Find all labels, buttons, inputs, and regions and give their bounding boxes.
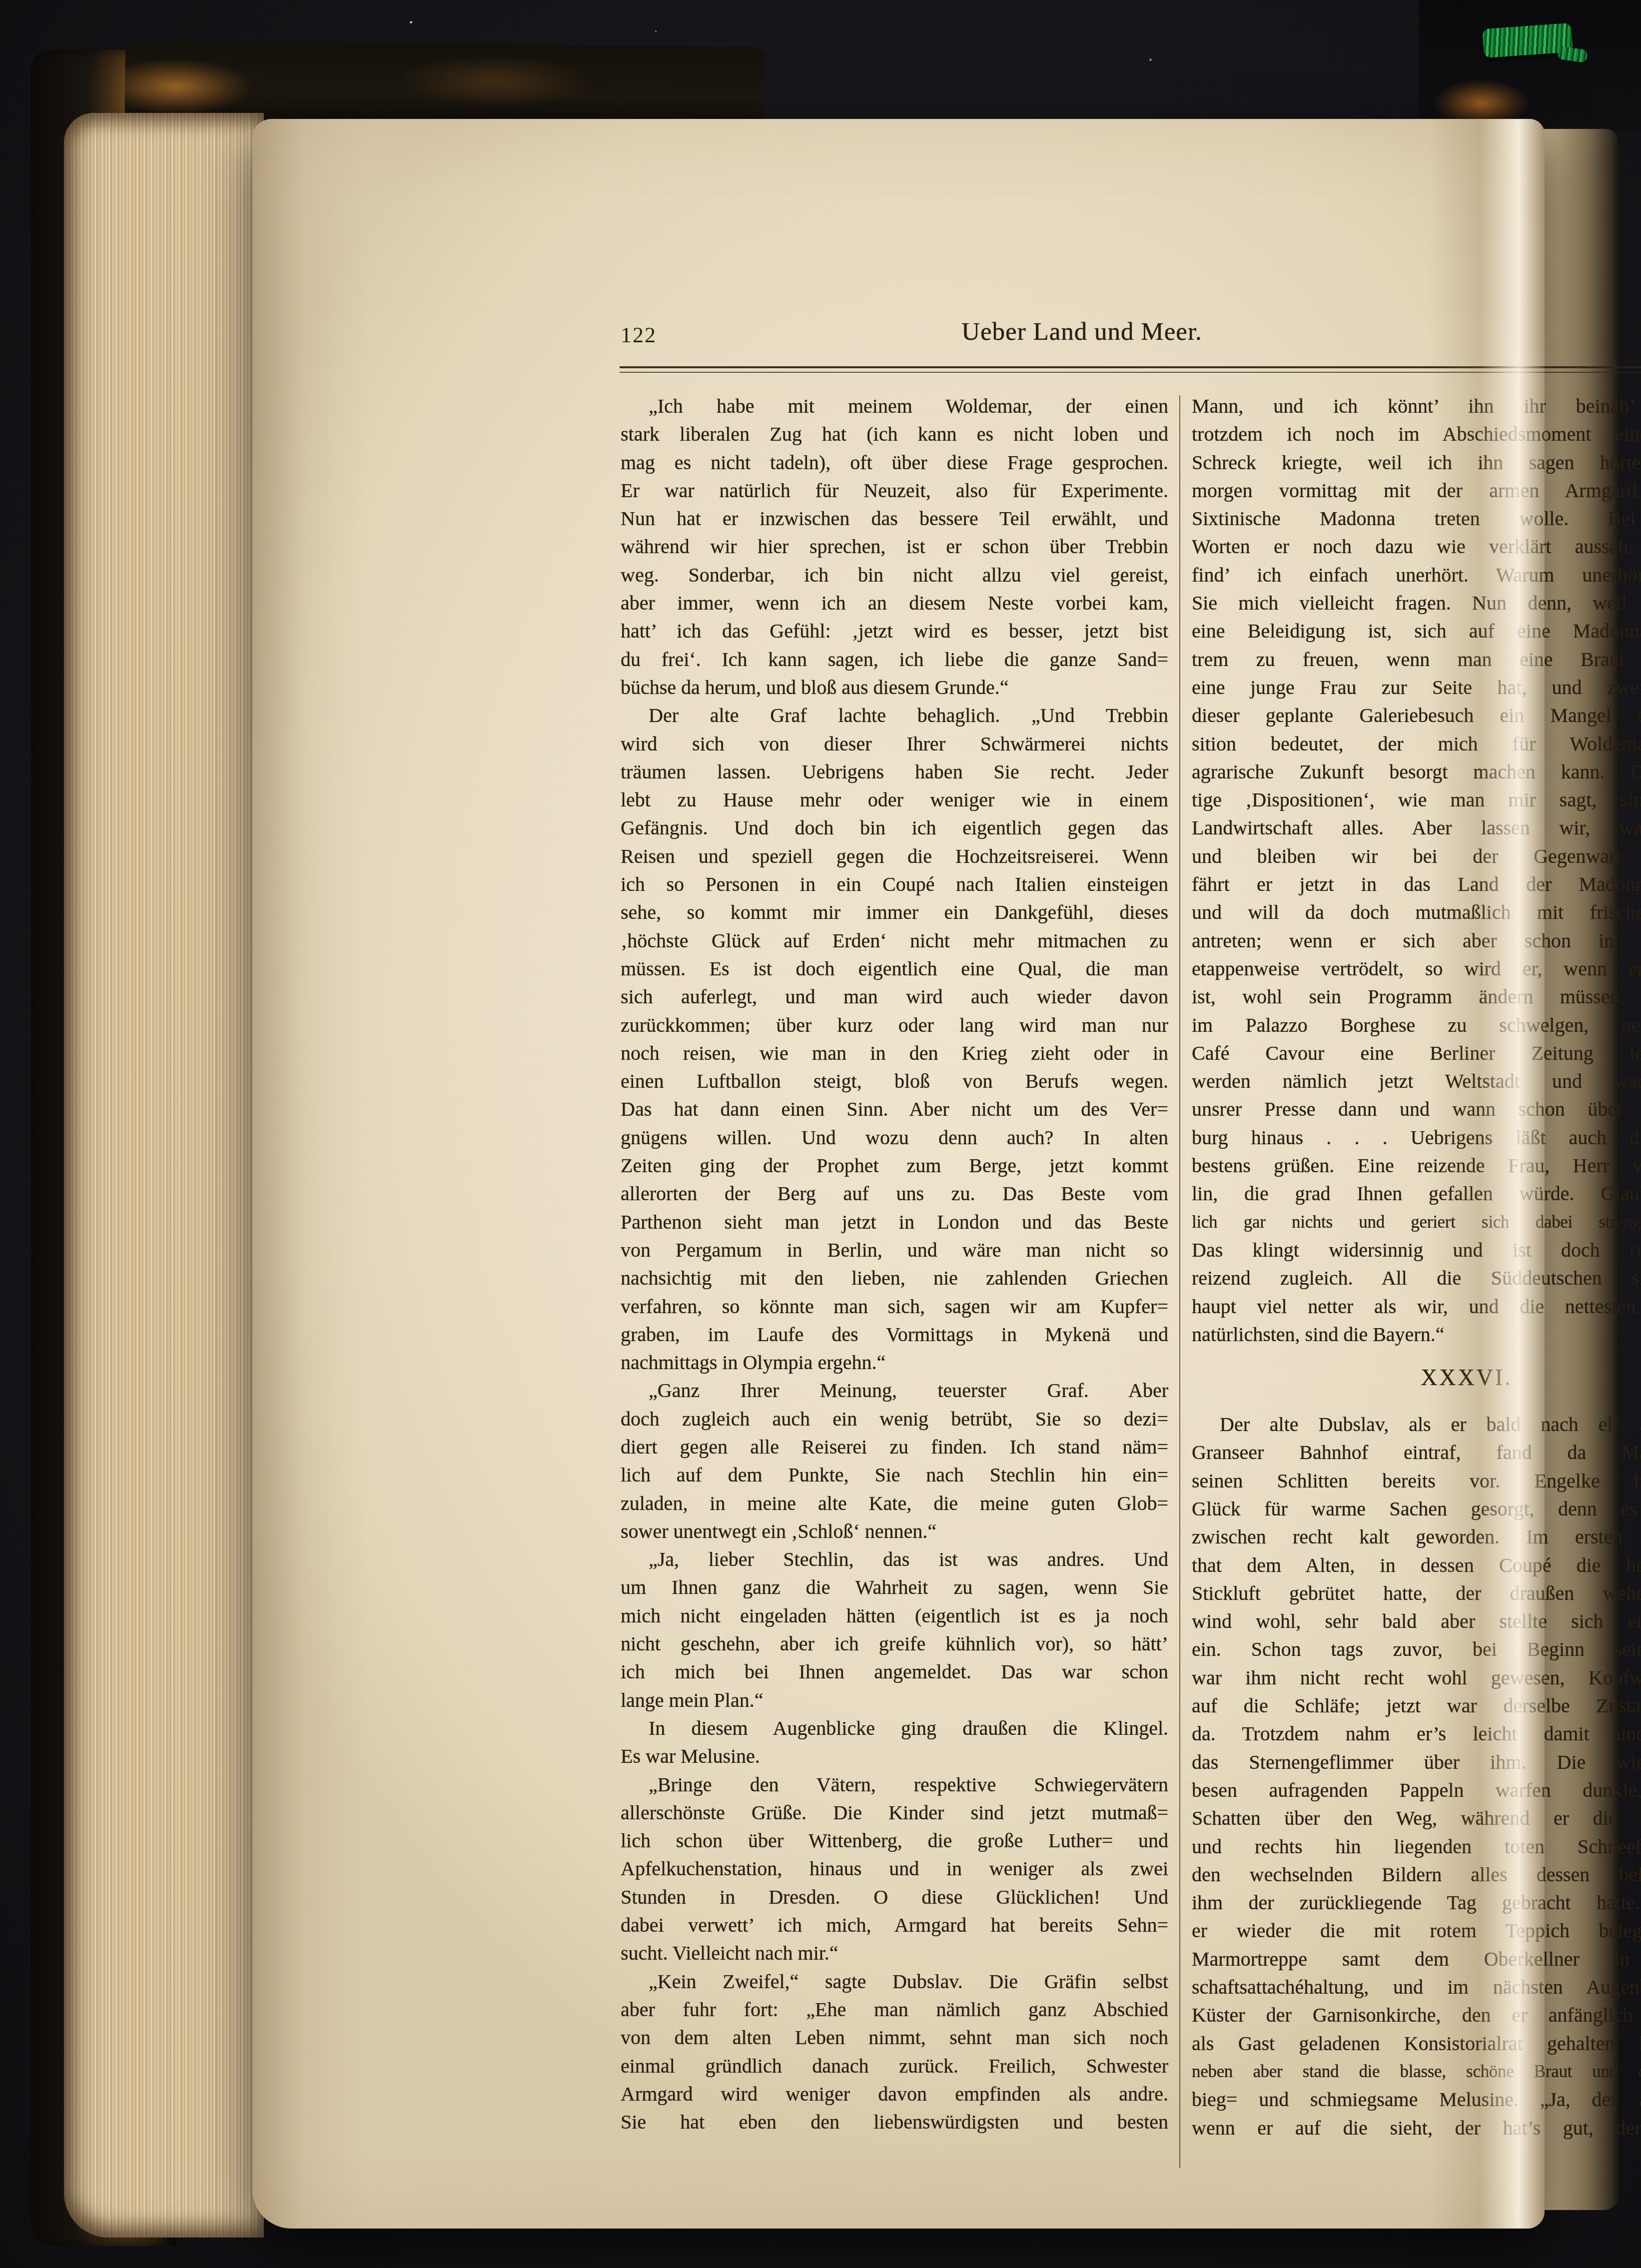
text-line: zuladen, in meine alte Kate, die meine g…: [621, 1490, 1168, 1517]
text-line: einen Luftballon steigt, bloß von Berufs…: [621, 1067, 1168, 1095]
journal-title: Ueber Land und Meer.: [772, 317, 1392, 346]
text-line: du frei‘. Ich kann sagen, ich liebe die …: [621, 646, 1168, 674]
text-line: mich nicht eingeladen hätten (eigentlich…: [621, 1602, 1168, 1630]
text-line: den wechselnden Bildern alles dessen bel…: [1192, 1861, 1641, 1889]
text-line: Nun hat er inzwischen das bessere Teil e…: [621, 505, 1168, 533]
text-line: noch reisen, wie man in den Krieg zieht …: [621, 1039, 1168, 1067]
text-line: In diesem Augenblicke ging draußen die K…: [621, 1714, 1168, 1742]
text-line: träumen lassen. Uebrigens haben Sie rech…: [621, 758, 1168, 786]
text-line: bieg= und schmiegsame Melusine. „Ja, der…: [1192, 2086, 1641, 2114]
text-line: antreten; wenn er sich aber schon in Deu…: [1192, 927, 1641, 955]
text-column-right: Mann, und ich könnt’ ihn ihr beinah’ ben…: [1192, 392, 1641, 2142]
text-line: Zeiten ging der Prophet zum Berge, jetzt…: [621, 1152, 1168, 1180]
text-line: „Ja, lieber Stechlin, das ist was andres…: [621, 1545, 1168, 1573]
text-line: Reisen und speziell gegen die Hochzeitsr…: [621, 842, 1168, 870]
text-line: als Gast geladenen Konsistorialrat gehal…: [1192, 2030, 1641, 2058]
text-line: war ihm nicht recht wohl gewesen, Kopfwe…: [1192, 1664, 1641, 1692]
text-line: burg hinaus . . . Uebrigens läßt auch di…: [1192, 1124, 1641, 1152]
text-line: seinen Schlitten bereits vor. Engelke ha…: [1192, 1467, 1641, 1495]
text-line: schaftsattachéhaltung, und im nächsten A…: [1192, 1973, 1641, 2001]
text-line: da. Trotzdem nahm er’s leicht damit und …: [1192, 1720, 1641, 1748]
text-line: auf die Schläfe; jetzt war derselbe Zust…: [1192, 1692, 1641, 1720]
text-line: zwischen recht kalt geworden. Im ersten …: [1192, 1523, 1641, 1551]
book-page: 122 Ueber Land und Meer. „Ich habe mit m…: [252, 119, 1545, 2229]
text-line: lin, die grad Ihnen gefallen würde. Glau…: [1192, 1180, 1641, 1208]
text-line: aber immer, wenn ich an diesem Neste vor…: [621, 589, 1168, 617]
text-line: ich mich bei Ihnen angemeldet. Das war s…: [621, 1658, 1168, 1686]
text-line: hatt’ ich das Gefühl: ‚jetzt wird es bes…: [621, 617, 1168, 645]
text-line: Landwirtschaft alles. Aber lassen wir, w…: [1192, 814, 1641, 842]
text-line: ist, wohl sein Programm ändern müssen, u…: [1192, 983, 1641, 1011]
text-line: das Sternengeflimmer über ihm. Die wie R…: [1192, 1748, 1641, 1776]
text-line: nachsichtig mit den lieben, nie zahlende…: [621, 1264, 1168, 1292]
text-line: gnügens willen. Und wozu denn auch? In a…: [621, 1124, 1168, 1152]
text-line: Der alte Dubslav, als er bald nach elf a…: [1192, 1411, 1641, 1439]
text-line: ein. Schon tags zuvor, bei Beginn seiner…: [1192, 1635, 1641, 1663]
page-number: 122: [621, 322, 657, 348]
text-line: graben, im Laufe des Vormittags in Myken…: [621, 1321, 1168, 1349]
text-line: trem zu freuen, wenn man eine Braut oder…: [1192, 646, 1641, 674]
text-line: von dem alten Leben nimmt, sehnt man sic…: [621, 2024, 1168, 2052]
text-line: trotzdem ich noch im Abschiedsmoment ein…: [1192, 420, 1641, 448]
text-line: lich schon über Wittenberg, die große Lu…: [621, 1827, 1168, 1855]
dust-specks: [410, 21, 412, 23]
text-line: fährt er jetzt in das Land der Madonnen …: [1192, 870, 1641, 898]
text-line: sition bedeutet, der mich für Woldemars …: [1192, 730, 1641, 758]
text-line: Parthenon sieht man jetzt in London und …: [621, 1208, 1168, 1236]
text-line: ich so Personen in ein Coupé nach Italie…: [621, 870, 1168, 898]
printed-text-area: 122 Ueber Land und Meer. „Ich habe mit m…: [620, 316, 1641, 2195]
text-line: allerorten der Berg auf uns zu. Das Best…: [621, 1180, 1168, 1208]
text-line: find’ ich einfach unerhört. Warum unerhö…: [1192, 561, 1641, 589]
text-line: verfahren, so könnte man sich, sagen wir…: [621, 1293, 1168, 1321]
text-line: ihm der zurückliegende Tag gebracht hatt…: [1192, 1889, 1641, 1917]
text-line: stark liberalen Zug hat (ich kann es nic…: [621, 420, 1168, 448]
text-line: Marmortreppe samt dem Oberkellner in Ges…: [1192, 1945, 1641, 1973]
text-line: „Bringe den Vätern, respektive Schwieger…: [621, 1771, 1168, 1799]
text-block-after-heading: Der alte Dubslav, als er bald nach elf a…: [1192, 1411, 1641, 2142]
text-line: nicht geschehn, aber ich greife kühnlich…: [621, 1630, 1168, 1658]
text-line: ‚höchste Glück auf Erden‘ nicht mehr mit…: [621, 927, 1168, 955]
book-cover-top-right-corner: [1419, 0, 1641, 132]
text-line: besen aufragenden Pappeln warfen dunkle,…: [1192, 1776, 1641, 1804]
text-line: von Pergamum in Berlin, und wäre man nic…: [621, 1236, 1168, 1264]
text-line: einmal gründlich danach zurück. Freilich…: [621, 2052, 1168, 2080]
text-line: Armgard wird weniger davon empfinden als…: [621, 2080, 1168, 2108]
text-line: Er war natürlich für Neuzeit, also für E…: [621, 477, 1168, 505]
page-fore-edge-stack: [64, 113, 264, 2238]
text-line: aber fuhr fort: „Ehe man nämlich ganz Ab…: [621, 1996, 1168, 2024]
text-line: etappenweise vertrödelt, so wird er, wen…: [1192, 955, 1641, 983]
text-line: haupt viel netter als wir, und die nette…: [1192, 1293, 1641, 1321]
text-line: er wieder die mit rotem Teppich belegte …: [1192, 1917, 1641, 1945]
text-line: sehe, so kommt mir immer ein Dankgefühl,…: [621, 898, 1168, 926]
text-line: wird sich von dieser Ihrer Schwärmerei n…: [621, 730, 1168, 758]
text-line: bestens grüßen. Eine reizende Frau, Herr…: [1192, 1152, 1641, 1180]
text-line: unsrer Presse dann und wann schon über C…: [1192, 1095, 1641, 1123]
text-line: „Kein Zweifel,“ sagte Dubslav. Die Gräfi…: [621, 1968, 1168, 1996]
text-line: Sie mich vielleicht fragen. Nun denn, we…: [1192, 589, 1641, 617]
column-divider-rule: [1179, 395, 1180, 2168]
text-line: mag es nicht tadeln), oft über diese Fra…: [621, 449, 1168, 477]
text-line: „Ganz Ihrer Meinung, teuerster Graf. Abe…: [621, 1377, 1168, 1405]
text-line: Worten er noch dazu wie verklärt aussah.…: [1192, 533, 1641, 561]
text-line: lebt zu Hause mehr oder weniger wie in e…: [621, 786, 1168, 814]
text-line: nachmittags in Olympia ergehn.“: [621, 1349, 1168, 1377]
text-line: dieser geplante Galeriebesuch ein Mangel…: [1192, 702, 1641, 730]
text-line: Granseer Bahnhof eintraf, fand da Martin…: [1192, 1439, 1641, 1467]
text-block-before-heading: Mann, und ich könnt’ ihn ihr beinah’ ben…: [1192, 392, 1641, 1349]
text-line: natürlichsten, sind die Bayern.“: [1192, 1321, 1641, 1349]
text-line: neben aber stand die blasse, schöne Brau…: [1192, 2058, 1641, 2086]
text-line: und will da doch mutmaßlich mit frischen…: [1192, 898, 1641, 926]
text-line: müssen. Es ist doch eigentlich eine Qual…: [621, 955, 1168, 983]
text-line: lich gar nichts und geriert sich dabei s…: [1192, 1208, 1641, 1236]
text-line: Sie hat eben den liebenswürdigsten und b…: [621, 2108, 1168, 2136]
text-line: Mann, und ich könnt’ ihn ihr beinah’ ben…: [1192, 392, 1641, 420]
text-line: Sixtinische Madonna treten wolle. Bei we…: [1192, 505, 1641, 533]
text-line: büchse da herum, und bloß aus diesem Gru…: [621, 674, 1168, 702]
text-line: eine Beleidigung ist, sich auf eine Mado…: [1192, 617, 1641, 645]
text-line: agrarische Zukunft besorgt machen kann. …: [1192, 758, 1641, 786]
text-line: lich auf dem Punkte, Sie nach Stechlin h…: [621, 1461, 1168, 1489]
text-line: während wir hier sprechen, ist er schon …: [621, 533, 1168, 561]
header-double-rule: [620, 366, 1641, 373]
text-line: eine junge Frau zur Seite hat, und zweit…: [1192, 674, 1641, 702]
text-line: tige ‚Dispositionen‘, wie man mir sagt, …: [1192, 786, 1641, 814]
text-line: Es war Melusine.: [621, 1742, 1168, 1770]
text-line: wind wohl, sehr bald aber stellte sich e…: [1192, 1607, 1641, 1635]
chapter-heading: XXXVI.: [1192, 1364, 1641, 1392]
text-line: allerschönste Grüße. Die Kinder sind jet…: [621, 1799, 1168, 1827]
text-line: Café Cavour eine Berliner Zeitung lesen.…: [1192, 1039, 1641, 1067]
text-line: wenn er auf die sieht, der hat’s gut, de…: [1192, 2114, 1641, 2142]
text-line: Glück für warme Sachen gesorgt, denn es …: [1192, 1495, 1641, 1523]
text-line: Stickluft gebrütet hatte, der draußen we…: [1192, 1579, 1641, 1607]
text-line: morgen vormittag mit der armen Armgard v…: [1192, 477, 1641, 505]
text-line: doch zugleich auch ein wenig betrübt, Si…: [621, 1405, 1168, 1433]
text-line: Stunden in Dresden. O diese Glücklichen!…: [621, 1883, 1168, 1911]
text-line: reizend zugleich. All die Süddeutschen s…: [1192, 1264, 1641, 1292]
text-line: dabei verwett’ ich mich, Armgard hat ber…: [621, 1911, 1168, 1939]
text-line: that dem Alten, in dessen Coupé die herk…: [1192, 1551, 1641, 1579]
text-column-left: „Ich habe mit meinem Woldemar, der einen…: [621, 392, 1168, 2136]
text-line: Schatten über den Weg, während er die na…: [1192, 1804, 1641, 1832]
text-line: zurückkommen; über kurz oder lang wird m…: [621, 1011, 1168, 1039]
text-line: sower unentwegt ein ‚Schloß‘ nennen.“: [621, 1517, 1168, 1545]
text-line: werden nämlich jetzt Weltstadt und wachs…: [1192, 1067, 1641, 1095]
text-line: Küster der Garnisonkirche, den er anfäng…: [1192, 2001, 1641, 2029]
text-line: und bleiben wir bei der Gegenwart. Jeden…: [1192, 842, 1641, 870]
text-line: weg. Sonderbar, ich bin nicht allzu viel…: [621, 561, 1168, 589]
book-photo: 122 Ueber Land und Meer. „Ich habe mit m…: [0, 0, 1641, 2268]
text-line: sucht. Vielleicht nach mir.“: [621, 1939, 1168, 1967]
text-line: und rechts hin liegenden toten Schneefel…: [1192, 1833, 1641, 1861]
text-line: um Ihnen ganz die Wahrheit zu sagen, wen…: [621, 1573, 1168, 1601]
text-line: sich auferlegt, und man wird auch wieder…: [621, 983, 1168, 1011]
text-line: lange mein Plan.“: [621, 1686, 1168, 1714]
text-line: im Palazzo Borghese zu schwelgen, nebena…: [1192, 1011, 1641, 1039]
text-line: Das klingt widersinnig und ist doch rich…: [1192, 1236, 1641, 1264]
text-line: Das hat dann einen Sinn. Aber nicht um d…: [621, 1095, 1168, 1123]
text-line: „Ich habe mit meinem Woldemar, der einen: [621, 392, 1168, 420]
text-line: Der alte Graf lachte behaglich. „Und Tre…: [621, 702, 1168, 730]
text-line: diert gegen alle Reiserei zu finden. Ich…: [621, 1433, 1168, 1461]
text-line: Apfelkuchenstation, hinaus und in wenige…: [621, 1855, 1168, 1883]
text-line: Gefängnis. Und doch bin ich eigentlich g…: [621, 814, 1168, 842]
text-line: Schreck kriegte, weil ich ihn sagen hört…: [1192, 449, 1641, 477]
